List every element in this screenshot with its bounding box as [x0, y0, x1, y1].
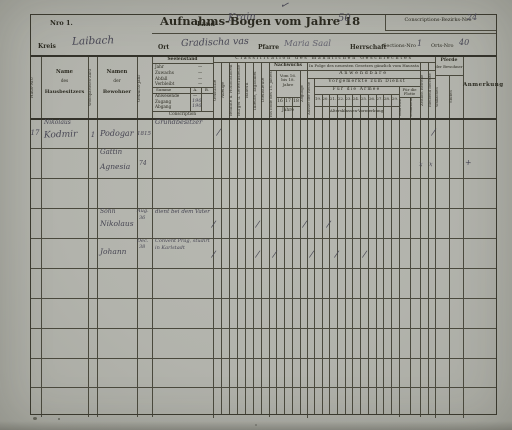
entry-owner-surname: Kodmir — [44, 130, 78, 141]
nachwuchs-mid-note: Vom 16. bis 18. Jahre — [277, 74, 299, 87]
orts-number-value: 40 — [459, 39, 469, 48]
class-col-label-adelige: Adelige — [221, 63, 229, 117]
anwendbare-title: Anwendbare — [307, 71, 420, 76]
class-col-label-beamte: Beamte u. Honoratioren — [229, 63, 237, 117]
seelenstand-col-a: A. — [190, 88, 201, 92]
scan-speck — [58, 418, 60, 420]
flotte-title: Für die Flotte — [399, 88, 420, 97]
vormerk-title: Vorgemerkte zum Dienst — [314, 80, 420, 85]
seelenstand-row-value: — — [198, 71, 202, 76]
sections-number-label: Sections-Nro — [383, 44, 416, 50]
cross-mark: x — [428, 160, 433, 168]
column-header-besitzer-1: Name — [41, 70, 88, 76]
armee-age-cell: 29. — [391, 97, 399, 101]
seelenstand-row-value: — — [198, 65, 202, 70]
entry-parteien-count: 1 — [89, 132, 97, 140]
armee-age-cell: 27. — [376, 97, 383, 101]
classification-title: Classification des männlichen Geschlecht… — [213, 56, 435, 61]
pferde-col-wallachen: Wallachen — [435, 77, 449, 117]
scanned-form-sheet: Nro 1. Land Krain Aufnahms-Bogen vom Jah… — [0, 0, 512, 430]
armee-age-cell: 25. — [360, 97, 368, 101]
column-header-hausnr: Haus-Nro — [30, 60, 41, 116]
class-col-label-buerger: Bürger u. Gewerbsleute — [237, 63, 245, 117]
sections-number-value: 1 — [417, 40, 422, 49]
armee-left-label: Ausser der Reihe — [307, 79, 314, 117]
class-col-label-inleute: Inleute, Taglöhner — [253, 63, 261, 117]
armee-age-cell: 23. — [345, 97, 352, 101]
herrschaft-label: Herrschaft — [350, 45, 386, 52]
entry-occupation-1: Grundbesitzer — [155, 119, 202, 126]
entry-house-number: 17 — [29, 130, 41, 138]
seelenstand-row2-label: Abgang — [155, 105, 171, 110]
seelenstand-row-value: — — [198, 82, 202, 87]
pferde-subtitle: der Bewohner — [435, 65, 463, 69]
class-col-label-dienstleute: Dienstleute — [261, 63, 269, 117]
column-header-wohnpartei: Wohnparteien-Zahl — [88, 60, 97, 116]
seelenstand-row2-label: Anwesende — [155, 94, 179, 99]
scan-speck — [255, 424, 257, 426]
nachwuchs-age-18: 18 — [292, 99, 300, 104]
year-value-handwritten: 50 — [338, 13, 351, 24]
orts-number-label: Orts-Nro — [431, 44, 454, 50]
nachwuchs-unit-label: Jahre — [276, 109, 300, 114]
entry-birthmonth-3: Aug. — [137, 209, 149, 215]
column-header-bewohner-3: Bewohner — [97, 90, 137, 96]
pfarre-label: Pfarre — [258, 45, 279, 52]
column-header-besitzer-2: des — [41, 79, 88, 84]
class-col-label-bauern: Bauern — [245, 63, 253, 117]
armee-age-cell: 19. — [314, 97, 322, 101]
befreite-bleibend-label: Bleibend Befreite — [428, 63, 435, 117]
scan-speck — [33, 417, 37, 420]
class-col-label-geistliche: Geistliche — [213, 63, 221, 117]
entry-inhabitant-4: Johann — [100, 248, 126, 256]
kreis-label: Kreis — [38, 44, 56, 51]
nachwuchs-title: Nachwuchs — [269, 64, 307, 69]
entry-owner-firstname: Nikolaus — [44, 120, 71, 127]
column-header-bewohner-2: der — [97, 79, 137, 84]
seelenstand-row-label: Zuwachs — [155, 71, 174, 76]
entry-birthyear-2: 74 — [139, 161, 147, 168]
armee-age-cell: 24. — [352, 97, 360, 101]
seelenstand-summe-label: Summe — [156, 88, 171, 92]
pferde-col-stuten: Stuten — [449, 77, 463, 117]
ort-label: Ort — [158, 45, 169, 52]
nachwuchs-age-17: 17 — [284, 99, 292, 104]
armee-age-cell: 28. — [383, 97, 391, 101]
entry-relation-3: Sohn — [100, 209, 115, 216]
entry-occupation-3: dient bei dem Vater — [155, 209, 211, 216]
seelenstand-col-b: B. — [201, 88, 213, 92]
cross-mark: x — [418, 160, 423, 168]
plus-mark: + — [464, 158, 472, 168]
armee-title: Für die Armee — [314, 88, 399, 93]
form-title: Aufnahms-Bogen vom Jahre 18 — [160, 15, 360, 28]
armee-footer-label: Altersklassen-Vormerkung — [314, 109, 399, 113]
nachwuchs-right-label: Zöglinge — [300, 71, 307, 117]
flotte-col-matrosen: Matrosen — [399, 98, 410, 117]
classification-note: In Folge des neuesten Gesetzes gänzlich … — [309, 64, 419, 68]
entry-birthyear-3: 36 — [139, 216, 145, 222]
conscription-district-value: 24 — [467, 14, 477, 23]
entry-birthyear-1: 1815 — [137, 131, 151, 137]
flotte-col-schiffsleute: Schiffsleute — [410, 98, 420, 117]
seelenstand-row-label: Jahr — [155, 65, 164, 70]
befreite-zeitlich-label: Zeitlich Befreite — [420, 63, 428, 117]
seelenstand-row-label: Verbleibt — [155, 82, 174, 87]
seelenstand-title: Seelenstand — [152, 58, 213, 63]
pfarre-value: Maria Saal — [284, 40, 331, 49]
armee-age-cell: 26. — [368, 97, 376, 101]
column-header-anmerkung: Anmerkung — [463, 82, 497, 88]
kreis-value: Laibach — [72, 35, 115, 48]
form-number-label: Nro 1. — [50, 20, 73, 27]
entry-birthyear-4: 38 — [139, 245, 145, 251]
nachwuchs-age-16: 16 — [276, 99, 284, 104]
column-header-bewohner-1: Namen — [97, 70, 137, 76]
column-header-geburtsjahr: Geburts-Jahr — [137, 60, 152, 116]
pferde-title: Pferde — [435, 58, 463, 63]
nachwuchs-left-label: Bis Ende des 15. Jahres — [269, 71, 276, 117]
armee-age-cell: 22. — [337, 97, 345, 101]
entry-inhabitant-2: Agnesia — [100, 163, 130, 171]
entry-inhabitant-1: Podogar — [100, 130, 134, 139]
seelenstand-footer: Conscription — [152, 112, 213, 117]
entry-occupation-4: Convent Prag, studirt in Karlstadt — [155, 238, 212, 251]
armee-age-cell: 21. — [329, 97, 337, 101]
entry-inhabitant-3: Nikolaus — [100, 220, 134, 228]
seelenstand-row2-value-handwritten: 190 — [192, 104, 202, 110]
entry-relation-2: Gattin — [100, 149, 122, 157]
check-mark-handwritten: ✓ — [279, 0, 290, 12]
column-header-besitzer-3: Hausbesitzers — [41, 90, 88, 96]
armee-age-cell: 20. — [322, 97, 329, 101]
